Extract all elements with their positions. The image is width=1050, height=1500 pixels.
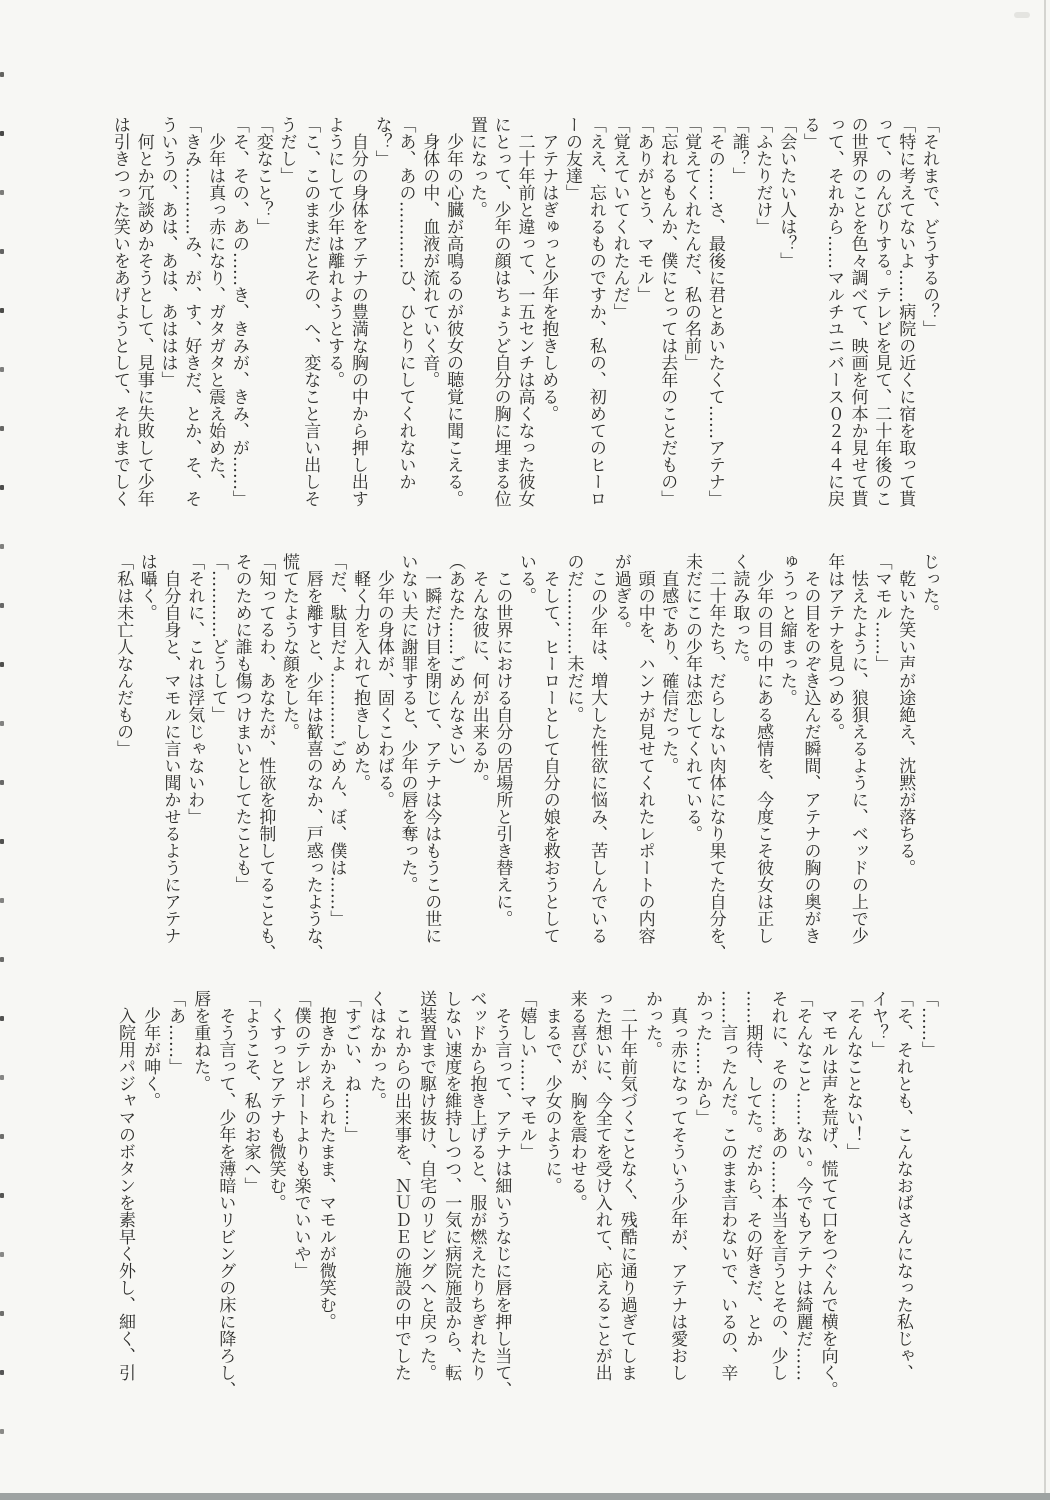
text-column: 「マモル……」 [869, 553, 893, 945]
text-column: 「覚えてくれたんだ、私の名前」 [678, 116, 702, 508]
text-column: 「あ……」 [162, 990, 187, 1380]
text-column: 頭の中を、ハンナが見せてくれたレポートの内容 [632, 553, 656, 945]
text-column: 年はアテナを見つめる。 [821, 553, 845, 945]
text-column: まるで、少女のように。 [539, 990, 564, 1380]
text-column: 「知ってるわ、あなたが、性欲を抑制してることも、 [253, 553, 277, 945]
scan-speck [0, 662, 4, 667]
text-column: （あなた……ごめんなさい） [442, 553, 466, 945]
text-column: ようにして少年は離れようとする。 [321, 116, 345, 508]
scan-speck [0, 1134, 4, 1139]
text-column: る」 [797, 116, 821, 508]
text-column: それに、その……あの……本当を言うとその、少し [764, 990, 789, 1380]
scan-speck [0, 72, 4, 77]
scan-speck [0, 957, 4, 962]
text-column: 直感であり、確信だった。 [656, 553, 680, 945]
text-column: 軽く力を入れて抱きしめた。 [347, 553, 371, 945]
text-column: そんな彼に、何が出来るか。 [466, 553, 490, 945]
scan-speck [0, 426, 4, 431]
text-column: 二十年前気づくことなく、残酷に通り過ぎてしま [614, 990, 639, 1380]
scan-speck [0, 485, 4, 490]
text-column: 少年は真っ赤になり、ガタガタと震え始めた、 [202, 116, 226, 508]
text-column: 「誰？」 [726, 116, 750, 508]
text-column: そして、ヒーローとして自分の娘を救おうとして [537, 553, 561, 945]
text-column: ……期待、してた。だから、その好きだ、とか [739, 990, 764, 1380]
text-column: この少年は、増大した性欲に悩み、苦しんでいる [584, 553, 608, 945]
text-column: 「僕のテレポートよりも楽でいいや」 [288, 990, 313, 1380]
text-column: いない夫に謝罪すると、少年の唇を奪った。 [395, 553, 419, 945]
text-column: 慌てたような顔をした。 [276, 553, 300, 945]
scan-speck [0, 190, 4, 195]
scan-edge-bottom [0, 1493, 1050, 1500]
text-column: 「……」 [915, 990, 940, 1380]
scan-speck [0, 249, 4, 254]
text-column: 「それまで、どうするの？」 [916, 116, 940, 508]
text-column: な？」 [369, 116, 393, 508]
text-column: 「…………どうして」 [205, 553, 229, 945]
text-column: 自分の身体をアテナの豊満な胸の中から押し出す [345, 116, 369, 508]
text-column: 未だにこの少年は恋してくれている。 [679, 553, 703, 945]
text-column: マモルは声を荒げ、慌てて口をつぐんで横を向く。 [815, 990, 840, 1380]
text-column: った想いに、今全てを受け入れて、応えることが出 [589, 990, 614, 1380]
text-column: 来る喜びが、胸を震わせる。 [564, 990, 589, 1380]
text-column: 入院用パジャマのボタンを素早く外し、細く、引 [112, 990, 137, 1380]
text-column: ういうの、あは、あは、あははは」 [155, 116, 179, 508]
text-column: 唇を離すと、少年は歓喜のなか、戸惑ったような、 [300, 553, 324, 945]
text-column: って、それから……マルチユニバース０２４４に戻 [821, 116, 845, 508]
text-column: 「こ、このままだとその、へ、変なこと言い出しそ [297, 116, 321, 508]
text-band-middle: じった。 乾いた笑い声が途絶え、沈黙が落ちる。「マモル……」 怯えたように、狼狽… [110, 553, 940, 945]
text-column: 送装置まで駆け抜け、自宅のリビングへと戻った。 [413, 990, 438, 1380]
text-column: 「きみ…………み、が、す、好きだ、とか、そ、そ [179, 116, 203, 508]
text-column: 「そ、それとも、こんなおばさんになった私じゃ、 [890, 990, 915, 1380]
text-column: 少年の目の中にある感情を、今度こそ彼女は正し [750, 553, 774, 945]
scan-speck [0, 1370, 4, 1375]
text-column: 「ありがとう、マモル」 [631, 116, 655, 508]
text-column: が過ぎる。 [608, 553, 632, 945]
text-column: 「ええ、忘れるものですか、私の、初めてのヒーロ [583, 116, 607, 508]
scan-speck [0, 603, 4, 608]
scan-speck [0, 367, 4, 372]
scan-edge-right [1044, 0, 1046, 1500]
text-column: 「覚えていてくれたんだ」 [607, 116, 631, 508]
text-column: 「忘れるもんか、僕にとっては去年のことだもの」 [654, 116, 678, 508]
scan-speck [0, 1075, 4, 1080]
scan-speck [0, 1311, 4, 1316]
scan-speck [0, 1016, 4, 1021]
text-column: いる。 [513, 553, 537, 945]
scan-speck [0, 1193, 4, 1198]
text-column: 一瞬だけ目を閉じて、アテナは今はもうこの世に [419, 553, 443, 945]
text-column: 何とか冗談めかそうとして、見事に失敗して少年 [131, 116, 155, 508]
text-column: 置になった。 [464, 116, 488, 508]
text-column: 二十年前と違って、一五センチは高くなった彼女 [512, 116, 536, 508]
text-column: 「そんなことない！」 [840, 990, 865, 1380]
text-column: 「それに、これは浮気じゃないわ」 [182, 553, 206, 945]
text-column: 乾いた笑い声が途絶え、沈黙が落ちる。 [893, 553, 917, 945]
scan-speck [0, 839, 4, 844]
text-column: 唇を重ねた。 [187, 990, 212, 1380]
scan-speck [0, 131, 4, 136]
text-column: じった。 [916, 553, 940, 945]
text-column: ーの友達」 [559, 116, 583, 508]
text-column: かった。 [639, 990, 664, 1380]
text-column: 少年の心臓が高鳴るのが彼女の聴覚に聞こえる。 [440, 116, 464, 508]
text-column: 少年が呻く。 [137, 990, 162, 1380]
text-column: ……言ったんだ。このまま言わないで、いるの、辛 [714, 990, 739, 1380]
text-column: って、のんびりする。テレビを見て、二十年後のこ [869, 116, 893, 508]
manuscript-page: 「それまで、どうするの？」「特に考えてないよ……病院の近くに宿を取って貰って、の… [0, 0, 1050, 1500]
text-column: は引きつった笑いをあげようとして、それまでしく [107, 116, 131, 508]
text-column: くすっとアテナも微笑む。 [262, 990, 287, 1380]
scan-speck [0, 780, 4, 785]
text-column: くはなかった。 [363, 990, 388, 1380]
text-column: この世界における自分の居場所と引き替えに。 [490, 553, 514, 945]
text-column: は囁く。 [134, 553, 158, 945]
text-column: アテナはぎゅっと少年を抱きしめる。 [535, 116, 559, 508]
text-band-top: 「それまで、どうするの？」「特に考えてないよ……病院の近くに宿を取って貰って、の… [107, 116, 940, 508]
text-column: 自分自身と、マモルに言い聞かせるようにアテナ [158, 553, 182, 945]
text-column: の世界のことを色々調べて、映画を何本か見せて貰 [845, 116, 869, 508]
text-column: 「変なこと？」 [250, 116, 274, 508]
text-column: 「ようこそ、私のお家へ」 [237, 990, 262, 1380]
text-column: ベッドから抱き上げると、服が燃えたりちぎれたり [463, 990, 488, 1380]
text-column: これからの出来事を、ＮＵＤＥの施設の中でした [388, 990, 413, 1380]
text-column: 「すごい、ね……」 [338, 990, 363, 1380]
text-column: く読み取った。 [727, 553, 751, 945]
text-column: イヤ？」 [865, 990, 890, 1380]
text-column: かった……から」 [689, 990, 714, 1380]
text-column: そのために誰も傷つけまいとしてたことも」 [229, 553, 253, 945]
text-column: その目をのぞき込んだ瞬間、アテナの胸の奥がき [798, 553, 822, 945]
text-column: しない速度を維持しつつ、一気に病院施設から、転 [438, 990, 463, 1380]
text-column: 真っ赤になってそういう少年が、アテナは愛おし [664, 990, 689, 1380]
scan-speck [0, 1429, 4, 1434]
text-column: 「その……さ、最後に君とあいたくて……アテナ」 [702, 116, 726, 508]
text-column: 二十年たち、だらしない肉体になり果てた自分を、 [703, 553, 727, 945]
text-column: 「だ、駄目だよ…………ごめん、ぼ、僕は……」 [324, 553, 348, 945]
text-column: 少年の身体が、固くこわばる。 [371, 553, 395, 945]
text-column: 身体の中、血液が流れていく音。 [416, 116, 440, 508]
text-column: のだ…………未だに。 [561, 553, 585, 945]
text-column: ゅうっと縮まった。 [774, 553, 798, 945]
scan-speck [0, 544, 4, 549]
text-column: 怯えたように、狼狽えるように、ベッドの上で少 [845, 553, 869, 945]
text-column: 「そ、その、あの……き、きみが、きみ、が……」 [226, 116, 250, 508]
text-column: 抱きかかえられたまま、マモルが微笑む。 [313, 990, 338, 1380]
text-column: にとって、少年の顔はちょうど自分の胸に埋まる位 [488, 116, 512, 508]
scan-speck [0, 898, 4, 903]
scan-speck [0, 308, 4, 313]
text-column: うだし」 [274, 116, 298, 508]
scan-smudge [1014, 12, 1030, 18]
text-column: 「私は未亡人なんだもの」 [110, 553, 134, 945]
scan-speck [0, 1252, 4, 1257]
text-column: 「特に考えてないよ……病院の近くに宿を取って貰 [892, 116, 916, 508]
text-column: そう言って、アテナは細いうなじに唇を押し当て、 [488, 990, 513, 1380]
text-band-bottom: 「……」「そ、それとも、こんなおばさんになった私じゃ、イヤ？」「そんなことない！… [112, 990, 940, 1380]
text-column: 「そんなこと……ない。今でもアテナは綺麗だ…… [789, 990, 814, 1380]
text-column: 「嬉しい……マモル」 [513, 990, 538, 1380]
text-column: 「ふたりだけ」 [750, 116, 774, 508]
scan-speck [0, 721, 4, 726]
text-column: 「あ、あの…………ひ、ひとりにしてくれないか [393, 116, 417, 508]
text-column: 「会いたい人は？」 [773, 116, 797, 508]
text-column: そう言って、少年を薄暗いリビングの床に降ろし、 [212, 990, 237, 1380]
